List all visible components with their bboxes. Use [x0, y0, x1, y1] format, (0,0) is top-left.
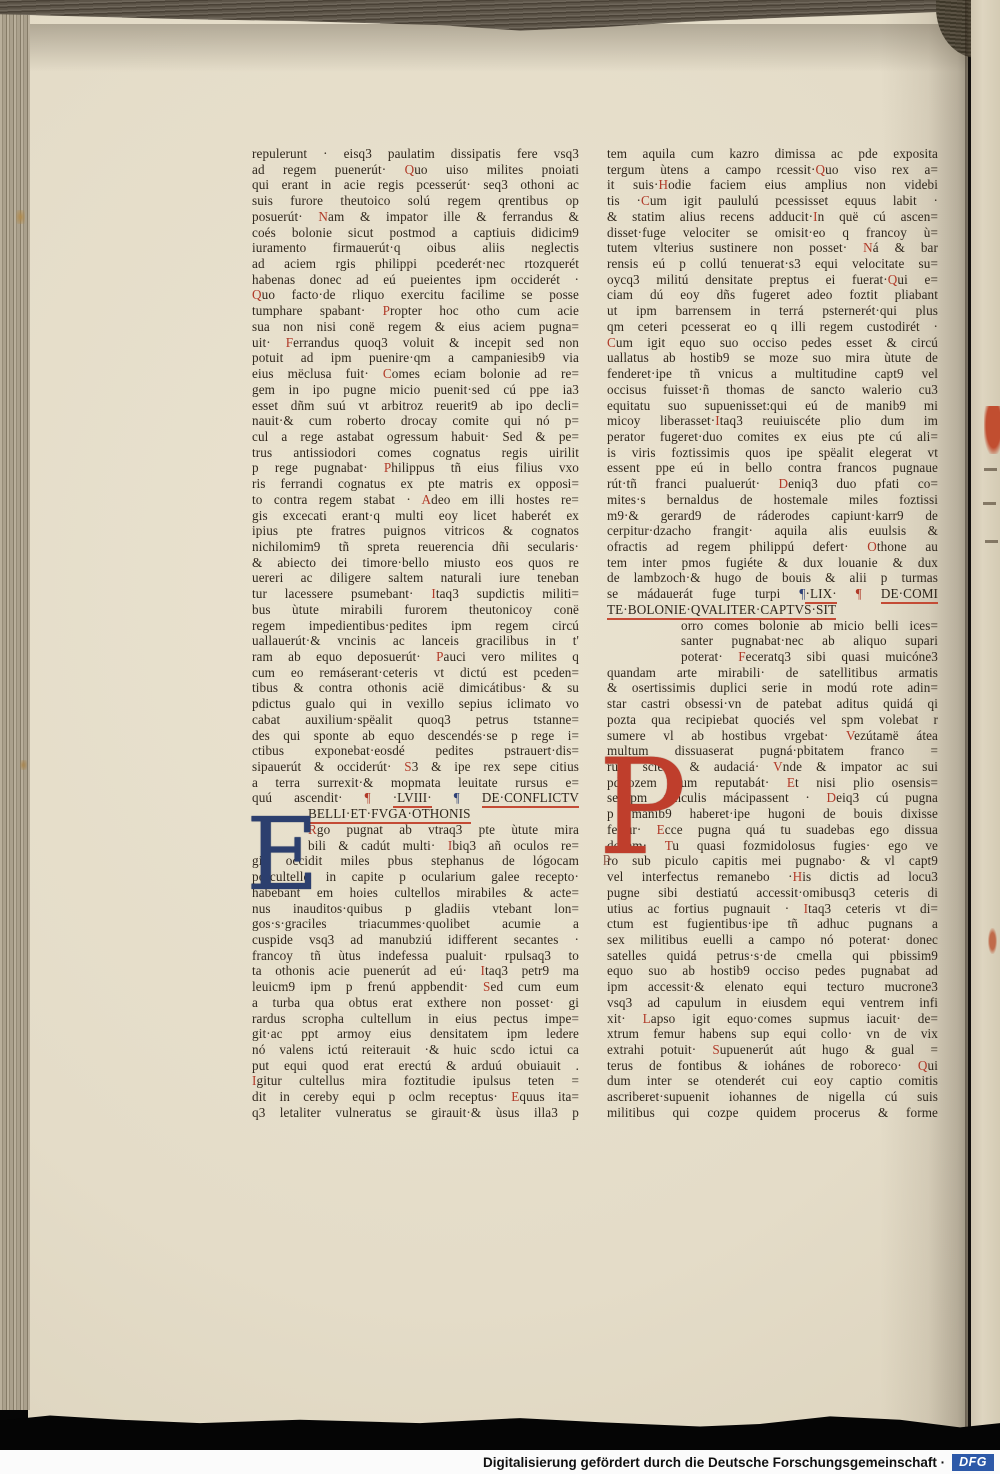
- text-line: essent ppe eú in bello contra francos pu…: [607, 460, 938, 476]
- dfg-funding-banner: Digitalisierung gefördert durch die Deut…: [0, 1450, 1000, 1474]
- text-line: repulerunt · eisq3 paulatim dissipatis f…: [252, 146, 579, 162]
- text-line: TE·BOLONIE·QVALITER·CAPTVS·SIT: [607, 602, 938, 618]
- text-line: qm ceteri pcesserat eo q illi regem cust…: [607, 319, 938, 335]
- text-line: militibus qui cozpe quidem procerus & fo…: [607, 1105, 938, 1121]
- text-line: ofractis ad regem philippú defert· Othon…: [607, 539, 938, 555]
- text-line: de lambzoch·& hugo de bouis & alii p tur…: [607, 570, 938, 586]
- text-line: gos·s·graciles triacummes·quolibet acumi…: [252, 916, 579, 932]
- text-line: ris ferrandi cognatus ex pte matris ex o…: [252, 476, 579, 492]
- text-line: uit· Ferrandus quoq3 voluit & incepit se…: [252, 335, 579, 351]
- text-line: ad aciem rgis philippi pcederét·nec rtoz…: [252, 256, 579, 272]
- text-line: ta othonis acie puenerút ad eú· Itaq3 pe…: [252, 963, 579, 979]
- text-line: nichilomim9 tñ spreta reuerencia dñi sec…: [252, 539, 579, 555]
- text-line: equitatu suo supuenisset:qui eú de manib…: [607, 398, 938, 414]
- text-line: tibus & contra othonis acië dimicátibus·…: [252, 680, 579, 696]
- page-top-shadow: [28, 24, 968, 72]
- text-line: & osertissimis duplici serie in modú rot…: [607, 680, 938, 696]
- text-line: orro comes bolonie ab micio belli ices=: [607, 618, 938, 634]
- text-line: nó valens ictú reiterauit ·& huic scdo i…: [252, 1042, 579, 1058]
- text-line: satelles quidá petrus·s·de cmella qui pb…: [607, 948, 938, 964]
- text-line: occisus fuisset·ñ thomas de sancto waler…: [607, 382, 938, 398]
- text-line: p rege pugnabat· Philippus tñ eius filiu…: [252, 460, 579, 476]
- book-scan: repulerunt · eisq3 paulatim dissipatis f…: [0, 0, 1000, 1474]
- text-line: pdictus gualo qui in vexillo sepius icli…: [252, 696, 579, 712]
- red-ink-blot: [984, 406, 1000, 454]
- text-line: esset dñm suú vt arbitroz reuerit9 ab ip…: [252, 398, 579, 414]
- text-line: sipauerút & occiderút· S3 & ipe rex sepe…: [252, 759, 579, 775]
- text-line: se mádauerát fuge turpi ¶·LIX· ¶ DE·COMI: [607, 586, 938, 602]
- text-line: iuramento firmauerút·q oibus aliis negle…: [252, 240, 579, 256]
- text-line: qui erant in acie regis pcesserút· seq3 …: [252, 177, 579, 193]
- text-line: francoy tñ ùtus indefessa pualuit· rpuls…: [252, 948, 579, 964]
- text-line: & abiecto dei timore·bello miusto eos qu…: [252, 555, 579, 571]
- text-line: cerpitur·dzacho frangit· aquila alis euu…: [607, 523, 938, 539]
- text-line: tem aquila cum kazro dimissa ac pde expo…: [607, 146, 938, 162]
- text-line: it suis·Hodie faciem eius amplius non vi…: [607, 177, 938, 193]
- text-line: to contra regem stabat · Adeo em illi ho…: [252, 492, 579, 508]
- illuminated-initial-P: P: [598, 748, 682, 898]
- text-line: m9·& gerard9 de ráderodes capiunt·karr9 …: [607, 508, 938, 524]
- text-line: mites·s bernaldus de hostemale miles foz…: [607, 492, 938, 508]
- text-line: potuit ad ipm puenire·qm a campaniesib9 …: [252, 350, 579, 366]
- text-line: terus de fontibus & iohánes de roboreco·…: [607, 1058, 938, 1074]
- text-line: suis furore theutoico solú regem qrentib…: [252, 193, 579, 209]
- red-ink-streak: [988, 928, 997, 954]
- text-line: coés bolonie sicut postmod a captiuis di…: [252, 225, 579, 241]
- text-line: ipm accessit·& elenato equi tecturo mucr…: [607, 979, 938, 995]
- text-line: is viris foztissimis quos ipe spëalit el…: [607, 445, 938, 461]
- text-line: git·ac ppt armoy eius densitatem ipm led…: [252, 1026, 579, 1042]
- text-line: tur lacessere psumebant· Itaq3 supdictis…: [252, 586, 579, 602]
- text-line: a turba qua obtus erat exthere non posse…: [252, 995, 579, 1011]
- rubricator-guide-letter: p: [603, 850, 611, 867]
- text-line: gis excecati erant·q multi eoy licet hab…: [252, 508, 579, 524]
- text-line: fenderet·ipe tñ vnicus a multitudine cap…: [607, 366, 938, 382]
- text-line: eius mëclusa fuit· Comes eciam bolonie a…: [252, 366, 579, 382]
- text-line: equo suo ab hostib9 occiso pedes pugnaba…: [607, 963, 938, 979]
- text-line: tergum ùtens a campo rcessit·Quo viso re…: [607, 162, 938, 178]
- text-line: tumphare spabant· Propter hoc otho cum a…: [252, 303, 579, 319]
- text-line: dum inter se otenderét cui eoy captio co…: [607, 1073, 938, 1089]
- text-line: utius ac fortius pugnauit · Itaq3 ceteri…: [607, 901, 938, 917]
- text-line: gem in ipo pugne micio puenit·sed cú ppe…: [252, 382, 579, 398]
- text-line: uereri ac diligere saltem naturali iure …: [252, 570, 579, 586]
- text-line: cabat auxilium·spëalit quoq3 petrus tsta…: [252, 712, 579, 728]
- text-line: rardus scropha cultellum in eius pectus …: [252, 1011, 579, 1027]
- text-column-left: repulerunt · eisq3 paulatim dissipatis f…: [252, 146, 579, 1121]
- bleedthrough-mark: [984, 468, 997, 471]
- text-line: uallauerút·& vncinis ac lanceis gracilib…: [252, 633, 579, 649]
- left-page-edges: [0, 10, 30, 1410]
- text-line: tutem vlterius sustinere non posset· Ná …: [607, 240, 938, 256]
- illuminated-initial-E: E: [246, 808, 304, 908]
- text-line: q3 letaliter vulneratus se girauit·& ùsu…: [252, 1105, 579, 1121]
- text-line: Quo facto·de rliquo exercitu facilime se…: [252, 287, 579, 303]
- text-line: disset·fuge velociter se omisit·eo q fra…: [607, 225, 938, 241]
- text-line: quandam arte mirabili· de satellitibus a…: [607, 665, 938, 681]
- text-line: perator fugeret·duo comites ex eius pte …: [607, 429, 938, 445]
- text-line: vsq3 ad capulum in eiusdem equi ventrem …: [607, 995, 938, 1011]
- text-line: ad regem puenerút· Quo uiso milites pnoi…: [252, 162, 579, 178]
- text-line: Igitur cultellus mira foztitudie ipulsus…: [252, 1073, 579, 1089]
- text-line: rensis eú p collú tenuerat·s3 equi veloc…: [607, 256, 938, 272]
- banner-text: Digitalisierung gefördert durch die Deut…: [483, 1455, 945, 1470]
- text-line: xit· Lapso igit equo·comes supmus iacuit…: [607, 1011, 938, 1027]
- facing-page-strip: [971, 0, 1000, 1452]
- text-line: cum eo remáserant·ceteris vt dictú est p…: [252, 665, 579, 681]
- text-line: a terra surrexit·& mopmata leuitate rurs…: [252, 775, 579, 791]
- text-line: uallatus ab hostib9 se moze suo mira ùtu…: [607, 350, 938, 366]
- text-line: ctibus exponebat·eosdé pedites pstrauert…: [252, 743, 579, 759]
- text-line: nauit·& cum roberto drocay comite qui nó…: [252, 413, 579, 429]
- text-line: put equi quod erat erectú & arduú obuiau…: [252, 1058, 579, 1074]
- text-line: xtrum femur habens sup equi collo· vn de…: [607, 1026, 938, 1042]
- text-line: micoy liberasset·Itaq3 reuiuiscéte plio …: [607, 413, 938, 429]
- text-line: extrahi potuit· Supuenerút aút hugo & gu…: [607, 1042, 938, 1058]
- text-line: des qui sponte ab equo descendés·se p re…: [252, 728, 579, 744]
- text-line: ascriberet·supuenit iohannes de nigella …: [607, 1089, 938, 1105]
- text-line: oycq3 militú densitate preptus ei fuerat…: [607, 272, 938, 288]
- text-line: cuspide vsq3 ad manubziú idifferent seca…: [252, 932, 579, 948]
- text-line: cul a rege astabat ogressum habuit· Sed …: [252, 429, 579, 445]
- text-line: poterat· Feceratq3 sibi quasi muicóne3: [607, 649, 938, 665]
- text-line: posuerút· Nam & impator ille & ferrandus…: [252, 209, 579, 225]
- text-line: ctum est fugientibus·ipe tñ adhuc pugnan…: [607, 916, 938, 932]
- text-line: ipius pte fratres puignos vitricos & cog…: [252, 523, 579, 539]
- text-line: bus ùtute mirabili furorem theutonicoy c…: [252, 602, 579, 618]
- bleedthrough-mark: [985, 540, 998, 543]
- text-line: pozta qua recipiebat quociés vel spm vol…: [607, 712, 938, 728]
- text-line: habenas donec ad eú pueientes ipm occide…: [252, 272, 579, 288]
- text-line: leuicm9 ipm p frenú appbendit· Sed cum e…: [252, 979, 579, 995]
- text-line: & statim alius recens adducit·In quë cú …: [607, 209, 938, 225]
- text-line: ciam dú eoy dñs fugeret adeo foztit plia…: [607, 287, 938, 303]
- text-line: sex militibus euelli a campo nó poterat·…: [607, 932, 938, 948]
- text-line: ut ipm barrensem in terrá psternerét·qui…: [607, 303, 938, 319]
- text-line: trus antissiodori comes cognatus regis u…: [252, 445, 579, 461]
- text-line: rút·tñ franci pualuerút· Deniq3 duo pfat…: [607, 476, 938, 492]
- text-line: star castri obsessi·vn de patebat aditus…: [607, 696, 938, 712]
- dfg-logo: DFG: [952, 1454, 994, 1471]
- text-line: regem impedientibus·pedites ipm regem ci…: [252, 618, 579, 634]
- foxing-spot: [16, 210, 25, 224]
- text-column-right: tem aquila cum kazro dimissa ac pde expo…: [607, 146, 938, 1121]
- foxing-spot: [20, 760, 27, 770]
- text-line: tem inter pmos fugiéte & dux louanie & d…: [607, 555, 938, 571]
- bleedthrough-mark: [983, 502, 996, 505]
- text-line: tis ·Cum igit paululú pcessisset equus l…: [607, 193, 938, 209]
- text-line: Cum igit equo suo occiso pedes esset & c…: [607, 335, 938, 351]
- text-line: dit in cereby equi p oclm receptus· Equu…: [252, 1089, 579, 1105]
- text-line: sua non nisi conë regem & eius aciem pug…: [252, 319, 579, 335]
- text-line: ram ab equo deposuerút· Pauci vero milit…: [252, 649, 579, 665]
- text-line: santer pugnabat·nec ab aliquo supari: [607, 633, 938, 649]
